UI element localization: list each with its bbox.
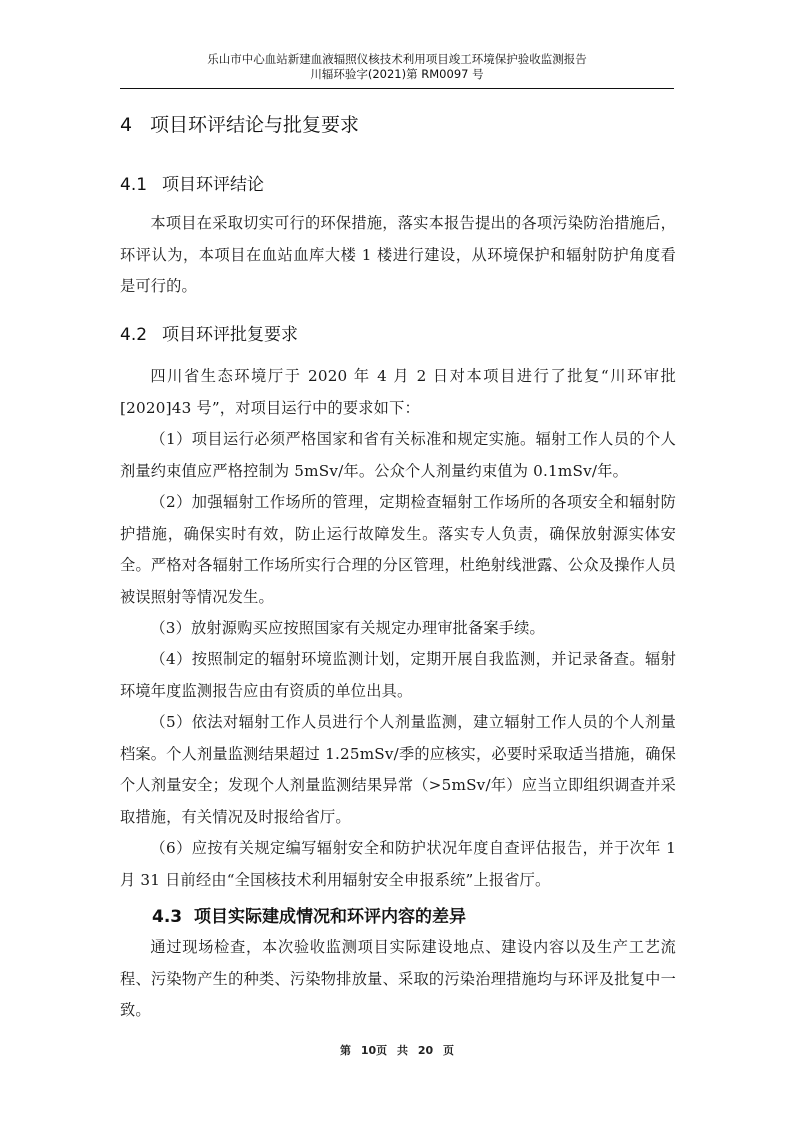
requirement-item-1: （1）项目运行必须严格国家和省有关标准和规定实施。辐射工作人员的个人剂量约束值应…	[120, 424, 676, 487]
page-header: 乐山市中心血站新建血液辐照仪核技术利用项目竣工环境保护验收监测报告 川辐环验字(…	[120, 52, 674, 82]
section-4-2-heading: 4.2项目环评批复要求	[120, 320, 298, 345]
page-footer: 第 10页 共 20 页	[0, 1042, 794, 1058]
section-number: 4.3	[152, 907, 194, 927]
section-title: 项目环评结论与批复要求	[150, 114, 359, 136]
requirement-item-5: （5）依法对辐射工作人员进行个人剂量监测，建立辐射工作人员的个人剂量档案。个人剂…	[120, 707, 676, 833]
document-number: 川辐环验字(2021)第 RM0097 号	[120, 67, 674, 82]
section-4-3-heading: 4.3项目实际建成情况和环评内容的差异	[152, 902, 466, 927]
section-4-3-paragraph: 通过现场检查，本次验收监测项目实际建设地点、建设内容以及生产工艺流程、污染物产生…	[120, 932, 676, 1027]
section-4-2-intro: 四川省生态环境厅于 2020 年 4 月 2 日对本项目进行了批复“川环审批[2…	[120, 361, 676, 424]
report-title: 乐山市中心血站新建血液辐照仪核技术利用项目竣工环境保护验收监测报告	[120, 52, 674, 67]
requirement-item-6: （6）应按有关规定编写辐射安全和防护状况年度自查评估报告，并于次年 1 月 31…	[120, 833, 676, 896]
section-title: 项目环评结论	[162, 175, 264, 195]
section-4-1-heading: 4.1项目环评结论	[120, 170, 264, 195]
header-divider	[120, 88, 674, 89]
requirement-item-3: （3）放射源购买应按照国家有关规定办理审批备案手续。	[120, 613, 676, 645]
section-4-1-paragraph: 本项目在采取切实可行的环保措施，落实本报告提出的各项污染防治措施后，环评认为，本…	[120, 208, 676, 303]
section-title: 项目实际建成情况和环评内容的差异	[194, 907, 466, 927]
section-4-heading: 4项目环评结论与批复要求	[120, 110, 359, 137]
requirement-item-2: （2）加强辐射工作场所的管理，定期检查辐射工作场所的各项安全和辐射防护措施，确保…	[120, 487, 676, 613]
section-title: 项目环评批复要求	[162, 325, 298, 345]
section-number: 4.1	[120, 175, 162, 195]
section-number: 4	[120, 114, 150, 136]
section-number: 4.2	[120, 325, 162, 345]
requirement-item-4: （4）按照制定的辐射环境监测计划，定期开展自我监测，并记录备查。辐射环境年度监测…	[120, 644, 676, 707]
